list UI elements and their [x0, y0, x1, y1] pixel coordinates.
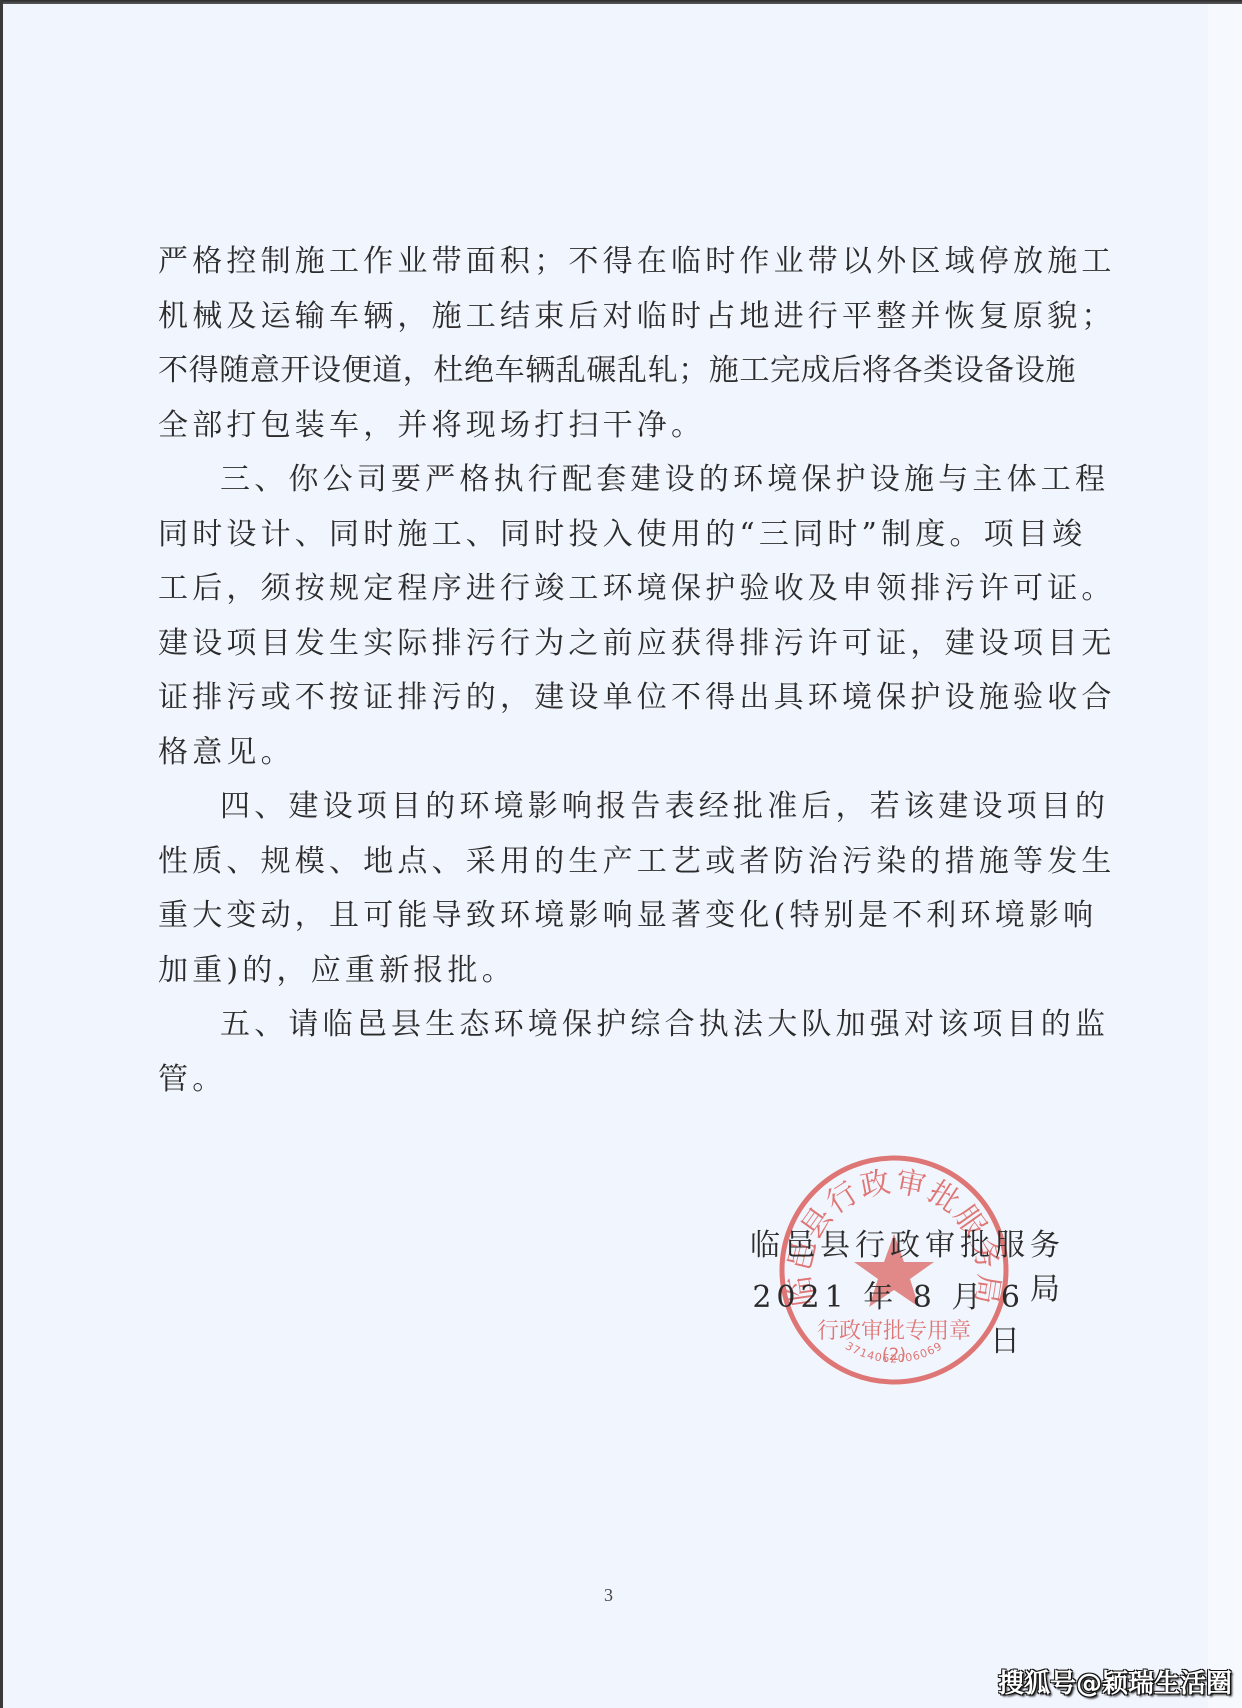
text-line: 全部打包装车，并将现场打扫干净。	[158, 399, 1068, 454]
page-margin-band	[1208, 4, 1242, 1708]
text-line: 机械及运输车辆，施工结束后对临时占地进行平整并恢复原貌；	[158, 290, 1068, 345]
text-line: 证排污或不按证排污的，建设单位不得出具环境保护设施验收合	[158, 671, 1068, 726]
issue-date: 2021 年 8 月 6 日	[735, 1272, 1065, 1360]
watermark: 搜狐号@颖瑞生活圈	[998, 1663, 1232, 1700]
text-line: 管。	[158, 1053, 1068, 1108]
document-body: 严格控制施工作业带面积；不得在临时作业带以外区域停放施工 机械及运输车辆，施工结…	[158, 235, 1068, 1107]
text-line: 性质、规模、地点、采用的生产工艺或者防治污染的措施等发生	[158, 835, 1068, 890]
text-line: 严格控制施工作业带面积；不得在临时作业带以外区域停放施工	[158, 235, 1068, 290]
text-line: 同时设计、同时施工、同时投入使用的“三同时”制度。项目竣	[158, 508, 1068, 563]
paragraph-item-5: 五、请临邑县生态环境保护综合执法大队加强对该项目的监 管。	[158, 998, 1068, 1107]
signature-block: 临邑县行政审批服务局 2021 年 8 月 6 日	[735, 1220, 1065, 1360]
text-line: 建设项目发生实际排污行为之前应获得排污许可证，建设项目无	[158, 617, 1068, 672]
text-line: 工后，须按规定程序进行竣工环境保护验收及申领排污许可证。	[158, 562, 1068, 617]
paragraph-item-3: 三、你公司要严格执行配套建设的环境保护设施与主体工程 同时设计、同时施工、同时投…	[158, 453, 1068, 780]
paragraph-item-4: 四、建设项目的环境影响报告表经批准后，若该建设项目的 性质、规模、地点、采用的生…	[158, 780, 1068, 998]
scan-edge-left	[0, 0, 3, 1708]
text-line: 不得随意开设便道，杜绝车辆乱碾乱轧；施工完成后将各类设备设施	[158, 344, 1068, 399]
text-line: 重大变动，且可能导致环境影响显著变化(特别是不利环境影响	[158, 889, 1068, 944]
paragraph-continuation: 严格控制施工作业带面积；不得在临时作业带以外区域停放施工 机械及运输车辆，施工结…	[158, 235, 1068, 453]
text-line: 三、你公司要严格执行配套建设的环境保护设施与主体工程	[158, 453, 1068, 508]
text-line: 四、建设项目的环境影响报告表经批准后，若该建设项目的	[158, 780, 1068, 835]
page-number: 3	[604, 1585, 613, 1606]
text-line: 格意见。	[158, 726, 1068, 781]
text-line: 五、请临邑县生态环境保护综合执法大队加强对该项目的监	[158, 998, 1068, 1053]
text-line: 加重)的，应重新报批。	[158, 944, 1068, 999]
scan-edge-top	[0, 0, 1242, 4]
issuing-organization: 临邑县行政审批服务局	[735, 1220, 1065, 1272]
